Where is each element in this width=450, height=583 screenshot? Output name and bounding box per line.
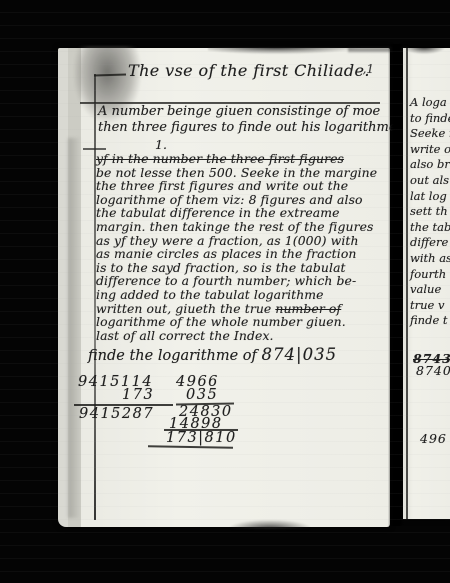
body-line: the three first figures and write out th… <box>96 179 386 193</box>
facing-margin-rule <box>406 48 408 519</box>
facing-line: with as <box>410 251 450 267</box>
body-line: difference to a fourth number; which be- <box>96 274 386 288</box>
body-line: as yf they were a fraction, as 1(000) wi… <box>96 234 386 248</box>
section-number: 1. <box>155 137 167 152</box>
body-line: ing added to the tabulat logarithme <box>96 288 386 302</box>
correction-addend: 173 <box>122 387 154 403</box>
facing-line: the tab <box>410 220 450 236</box>
heading-line-1: A number beinge giuen consistinge of moe <box>98 104 386 120</box>
margin-tick-line <box>83 148 106 150</box>
body-line: as manie circles as places in the fracti… <box>96 247 386 261</box>
facing-top-grime <box>407 48 450 55</box>
body-line: last of all correct the Index. <box>96 329 386 343</box>
main-page: The vse of the first Chiliade. ‚1 A numb… <box>58 48 390 527</box>
facing-text-column: A loga to finde Seeke n write o also bri… <box>410 95 450 329</box>
facing-line: A loga <box>410 95 450 111</box>
body-line: yf in the number the three first figures <box>96 152 386 166</box>
body-paragraph: yf in the number the three first figures… <box>96 152 386 342</box>
final-logarithm: 9415287 <box>79 406 154 422</box>
facing-line: also bri <box>410 157 450 173</box>
facing-line: differe <box>410 235 450 251</box>
facing-line: write o <box>410 142 450 158</box>
body-line: logarithme of the whole number giuen. <box>96 315 386 329</box>
facing-page: A loga to finde Seeke n write o also bri… <box>403 48 450 519</box>
body-line: is to the sayd fraction, so is the tabul… <box>96 261 386 275</box>
facing-line: value <box>410 282 450 298</box>
facing-number: 8740 <box>416 363 450 378</box>
bottom-edge-grime <box>230 520 310 529</box>
body-line: the tabulat difference in the extreame <box>96 206 386 220</box>
total-underline <box>148 445 233 448</box>
body-line: logarithme of them viz: 8 figures and al… <box>96 193 386 207</box>
manuscript-scan: The vse of the first Chiliade. ‚1 A numb… <box>0 0 450 583</box>
product-total: 173|810 <box>166 430 237 446</box>
facing-line: Seeke n <box>410 126 450 142</box>
left-edge-stain <box>68 138 84 518</box>
folio-mark: ‚1 <box>363 62 374 76</box>
example-statement: finde the logarithme of 874|035 <box>88 345 337 364</box>
facing-line: true v <box>410 298 450 314</box>
problem-heading: A number beinge giuen consistinge of moe… <box>98 104 386 136</box>
title-flourish-line <box>94 73 126 76</box>
body-line: margin. then takinge the rest of the fig… <box>96 220 386 234</box>
book-gutter <box>388 44 404 526</box>
facing-line: out als <box>410 173 450 189</box>
facing-line: lat log <box>410 189 450 205</box>
example-number: 874|035 <box>262 345 338 364</box>
example-label: finde the logarithme of <box>88 348 262 364</box>
page-title-row: The vse of the first Chiliade. <box>94 61 370 80</box>
facing-line: fourth <box>410 267 450 283</box>
facing-line: sett th <box>410 204 450 220</box>
page-title: The vse of the first Chiliade. <box>128 61 370 80</box>
facing-lower-number: 496 <box>420 431 447 446</box>
body-line: written out, giueth the true number of <box>96 302 386 316</box>
facing-line: finde t <box>410 313 450 329</box>
facing-line: to finde <box>410 111 450 127</box>
heading-line-2: then three figures to finde out his loga… <box>98 120 386 136</box>
fraction-multiplier: 035 <box>186 387 218 403</box>
body-line: be not lesse then 500. Seeke in the marg… <box>96 166 386 180</box>
